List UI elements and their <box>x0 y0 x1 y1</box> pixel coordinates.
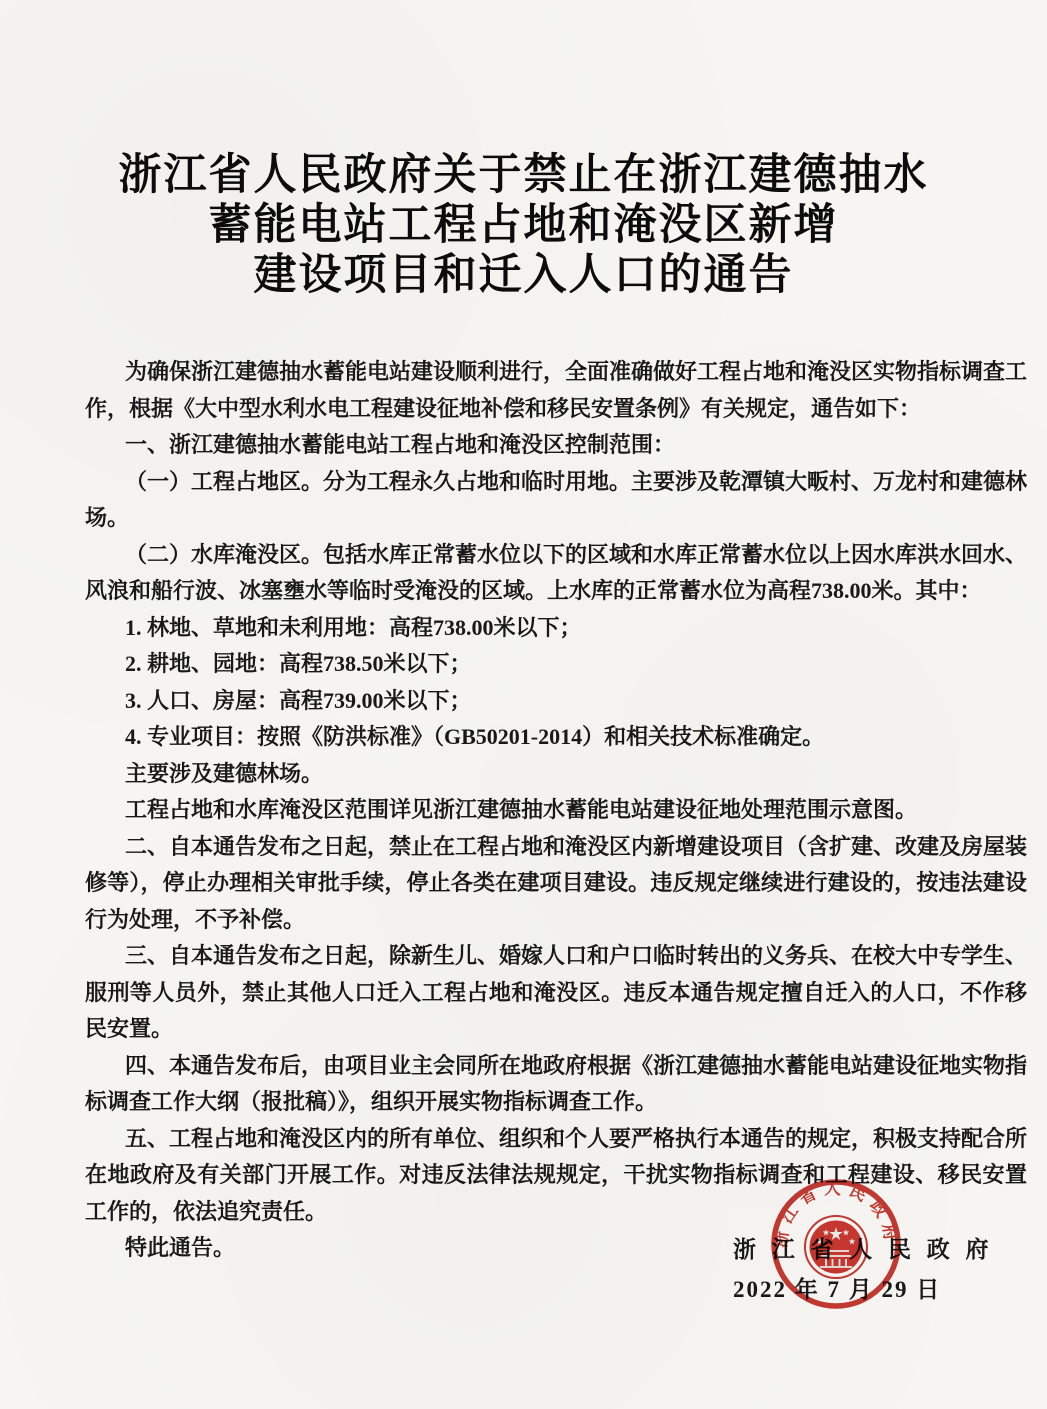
title-line-2: 蓄能电站工程占地和淹没区新增 <box>0 200 1047 250</box>
document-title: 浙江省人民政府关于禁止在浙江建德抽水 蓄能电站工程占地和淹没区新增 建设项目和迁… <box>0 0 1047 300</box>
paragraph-intro: 为确保浙江建德抽水蓄能电站建设顺利进行，全面准确做好工程占地和淹没区实物指标调查… <box>85 354 1027 427</box>
paragraph-section-3: 三、自本通告发布之日起，除新生儿、婚嫁人口和户口临时转出的义务兵、在校大中专学生… <box>85 938 1027 1048</box>
title-line-3: 建设项目和迁入人口的通告 <box>0 250 1047 300</box>
title-line-1: 浙江省人民政府关于禁止在浙江建德抽水 <box>0 150 1047 200</box>
paragraph-section-1: 一、浙江建德抽水蓄能电站工程占地和淹没区控制范围： <box>85 427 1027 464</box>
paragraph-section-4: 四、本通告发布后，由项目业主会同所在地政府根据《浙江建德抽水蓄能电站建设征地实物… <box>85 1048 1027 1121</box>
document-body: 为确保浙江建德抽水蓄能电站建设顺利进行，全面准确做好工程占地和淹没区实物指标调查… <box>0 354 1047 1267</box>
emblem-big-star-icon: ★ <box>829 1227 843 1243</box>
paragraph-item-2: 2. 耕地、园地：高程738.50米以下； <box>85 646 1027 683</box>
paragraph-scope-note: 主要涉及建德林场。 <box>85 756 1027 793</box>
scanned-notice-page: 浙江省人民政府关于禁止在浙江建德抽水 蓄能电站工程占地和淹没区新增 建设项目和迁… <box>0 0 1047 1409</box>
paragraph-item-4: 4. 专业项目：按照《防洪标准》（GB50201-2014）和相关技术标准确定。 <box>85 719 1027 756</box>
paragraph-section-2: 二、自本通告发布之日起，禁止在工程占地和淹没区内新增建设项目（含扩建、改建及房屋… <box>85 829 1027 939</box>
national-emblem-icon: ★ ★ ★ ★ ★ <box>805 1216 867 1278</box>
paragraph-item-3: 3. 人口、房屋：高程739.00米以下； <box>85 683 1027 720</box>
paragraph-item-1: 1. 林地、草地和未利用地：高程738.00米以下； <box>85 610 1027 647</box>
official-seal: 浙江省人民政府 ★ ★ ★ ★ ★ <box>770 1178 902 1310</box>
paragraph-map-note: 工程占地和水库淹没区范围详见浙江建德抽水蓄能电站建设征地处理范围示意图。 <box>85 792 1027 829</box>
paragraph-section-1-2: （二）水库淹没区。包括水库正常蓄水位以下的区域和水库正常蓄水位以上因水库洪水回水… <box>85 537 1027 610</box>
paragraph-section-1-1: （一）工程占地区。分为工程永久占地和临时用地。主要涉及乾潭镇大畈村、万龙村和建德… <box>85 464 1027 537</box>
